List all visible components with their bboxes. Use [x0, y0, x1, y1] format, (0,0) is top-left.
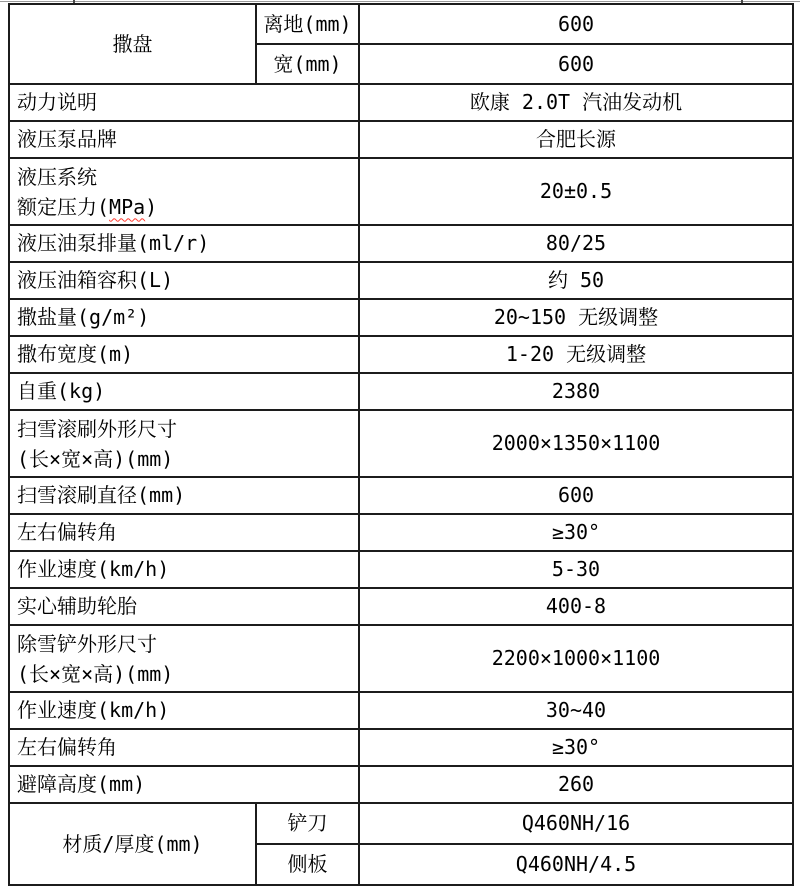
row-label-line2: 额定压力(MPa)	[17, 192, 354, 222]
row-value: 欧康 2.0T 汽油发动机	[359, 84, 793, 121]
row-label: 液压油箱容积(L)	[9, 262, 359, 299]
row-value: 80/25	[359, 225, 793, 262]
row-value: 2000×1350×1100	[359, 410, 793, 477]
table-row: 撒盐量(g/m²) 20~150 无级调整	[9, 299, 793, 336]
row-label: 撒盐量(g/m²)	[9, 299, 359, 336]
row-label: 避障高度(mm)	[9, 766, 359, 803]
row-label-line1: 扫雪滚刷外形尺寸	[17, 414, 354, 444]
row-label: 撒布宽度(m)	[9, 336, 359, 373]
row-sublabel: 铲刀	[256, 803, 359, 844]
table-row: 实心辅助轮胎 400-8	[9, 588, 793, 625]
row-value: 20~150 无级调整	[359, 299, 793, 336]
table-row: 作业速度(km/h) 30~40	[9, 692, 793, 729]
table-row: 自重(kg) 2380	[9, 373, 793, 410]
table-row: 液压油泵排量(ml/r) 80/25	[9, 225, 793, 262]
group-label-material-thickness: 材质/厚度(mm)	[9, 803, 256, 885]
row-value: ≥30°	[359, 514, 793, 551]
row-label: 液压系统 额定压力(MPa)	[9, 158, 359, 225]
row-label-line1: 液压系统	[17, 162, 354, 192]
table-row: 液压泵品牌 合肥长源	[9, 121, 793, 158]
table-row: 避障高度(mm) 260	[9, 766, 793, 803]
row-label: 左右偏转角	[9, 514, 359, 551]
table-row: 动力说明 欧康 2.0T 汽油发动机	[9, 84, 793, 121]
row-value: ≥30°	[359, 729, 793, 766]
row-label: 左右偏转角	[9, 729, 359, 766]
row-value: 600	[359, 44, 793, 84]
table-row: 扫雪滚刷外形尺寸 (长×宽×高)(mm) 2000×1350×1100	[9, 410, 793, 477]
clipped-row-top-line	[0, 1, 800, 2]
table-row: 材质/厚度(mm) 铲刀 Q460NH/16	[9, 803, 793, 844]
row-value: Q460NH/4.5	[359, 844, 793, 885]
row-label-line1: 除雪铲外形尺寸	[17, 629, 354, 659]
table-row: 撒盘 离地(mm) 600	[9, 4, 793, 44]
row-label: 自重(kg)	[9, 373, 359, 410]
row-value: 合肥长源	[359, 121, 793, 158]
row-label: 液压油泵排量(ml/r)	[9, 225, 359, 262]
table-row: 液压系统 额定压力(MPa) 20±0.5	[9, 158, 793, 225]
table-row: 除雪铲外形尺寸 (长×宽×高)(mm) 2200×1000×1100	[9, 625, 793, 692]
group-label-spreader-disc: 撒盘	[9, 4, 256, 84]
row-label: 液压泵品牌	[9, 121, 359, 158]
row-value: 20±0.5	[359, 158, 793, 225]
row-label-line2: (长×宽×高)(mm)	[17, 659, 354, 689]
table-row: 左右偏转角 ≥30°	[9, 729, 793, 766]
row-sublabel: 宽(mm)	[256, 44, 359, 84]
row-sublabel: 离地(mm)	[256, 4, 359, 44]
row-value: 约 50	[359, 262, 793, 299]
row-sublabel: 侧板	[256, 844, 359, 885]
row-value: 30~40	[359, 692, 793, 729]
row-value: 600	[359, 4, 793, 44]
table-row: 撒布宽度(m) 1-20 无级调整	[9, 336, 793, 373]
row-label: 实心辅助轮胎	[9, 588, 359, 625]
table-row: 作业速度(km/h) 5-30	[9, 551, 793, 588]
row-label: 除雪铲外形尺寸 (长×宽×高)(mm)	[9, 625, 359, 692]
row-label: 作业速度(km/h)	[9, 551, 359, 588]
spellcheck-underlined-word: MPa	[109, 195, 145, 219]
row-label: 动力说明	[9, 84, 359, 121]
table-row: 液压油箱容积(L) 约 50	[9, 262, 793, 299]
row-value: 2200×1000×1100	[359, 625, 793, 692]
spec-sheet: 撒盘 离地(mm) 600 宽(mm) 600 动力说明 欧康 2.0T 汽油发…	[0, 0, 800, 891]
table-row: 左右偏转角 ≥30°	[9, 514, 793, 551]
row-value: 260	[359, 766, 793, 803]
row-label-line2: (长×宽×高)(mm)	[17, 444, 354, 474]
row-value: Q460NH/16	[359, 803, 793, 844]
table-row: 扫雪滚刷直径(mm) 600	[9, 477, 793, 514]
row-value: 600	[359, 477, 793, 514]
row-label: 作业速度(km/h)	[9, 692, 359, 729]
row-value: 2380	[359, 373, 793, 410]
row-value: 5-30	[359, 551, 793, 588]
row-value: 1-20 无级调整	[359, 336, 793, 373]
row-value: 400-8	[359, 588, 793, 625]
row-label: 扫雪滚刷外形尺寸 (长×宽×高)(mm)	[9, 410, 359, 477]
spec-table: 撒盘 离地(mm) 600 宽(mm) 600 动力说明 欧康 2.0T 汽油发…	[8, 3, 794, 886]
row-label: 扫雪滚刷直径(mm)	[9, 477, 359, 514]
